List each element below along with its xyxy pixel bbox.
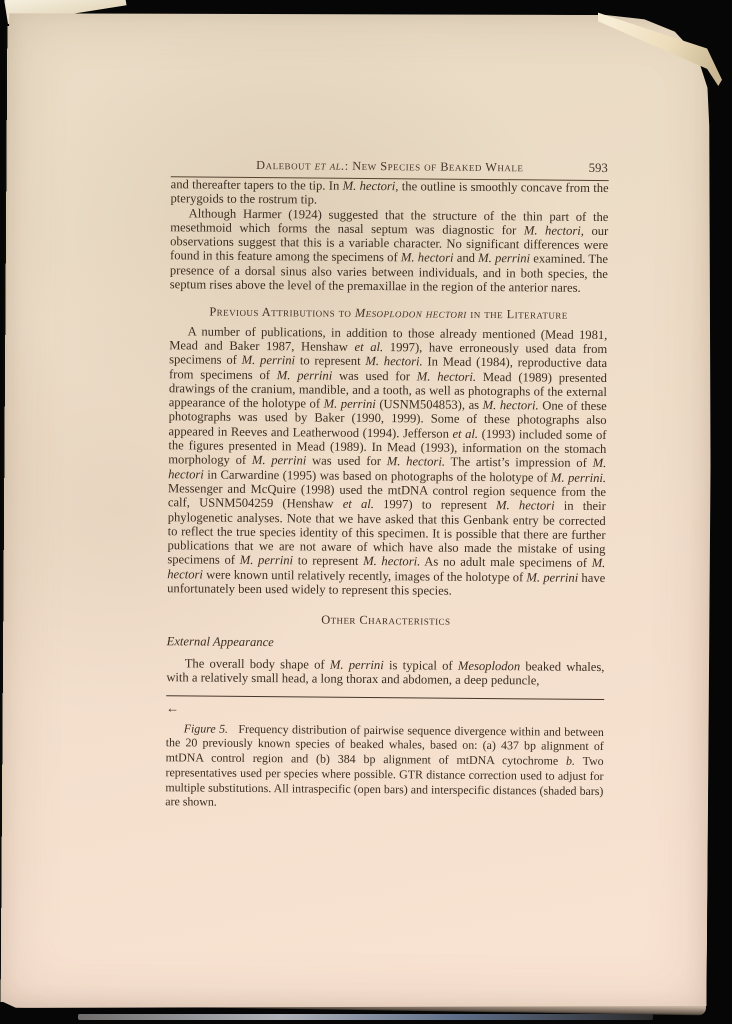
page-text-column: Dalebout et al.: New Species of Beaked W… [165,157,609,813]
figure-caption: Figure 5. Frequency distribution of pair… [165,721,604,814]
continuation-arrow-icon: ← [166,701,604,719]
page-number: 593 [589,161,608,175]
running-head-title: Dalebout et al.: New Species of Beaked W… [256,158,523,174]
desk-edge [78,1014,653,1020]
section-heading-previous-attributions: Previous Attributions to Mesoplodon hect… [169,305,607,323]
photo-background: Dalebout et al.: New Species of Beaked W… [0,0,732,1024]
paragraph-harmer: Although Harmer (1924) suggested that th… [170,206,609,296]
journal-page: Dalebout et al.: New Species of Beaked W… [0,10,715,1014]
subsection-heading-external-appearance: External Appearance [167,634,605,652]
footnote-separator: ← Figure 5. Frequency distribution of pa… [165,695,604,814]
running-head: Dalebout et al.: New Species of Beaked W… [171,157,609,181]
paragraph-continuation: and thereafter tapers to the tip. In M. … [170,177,608,209]
paragraph-external-appearance: The overall body shape of M. perrini is … [166,656,604,688]
paragraph-attributions: A number of publications, in addition to… [167,324,607,599]
section-heading-other-characteristics: Other Characteristics [167,612,605,630]
